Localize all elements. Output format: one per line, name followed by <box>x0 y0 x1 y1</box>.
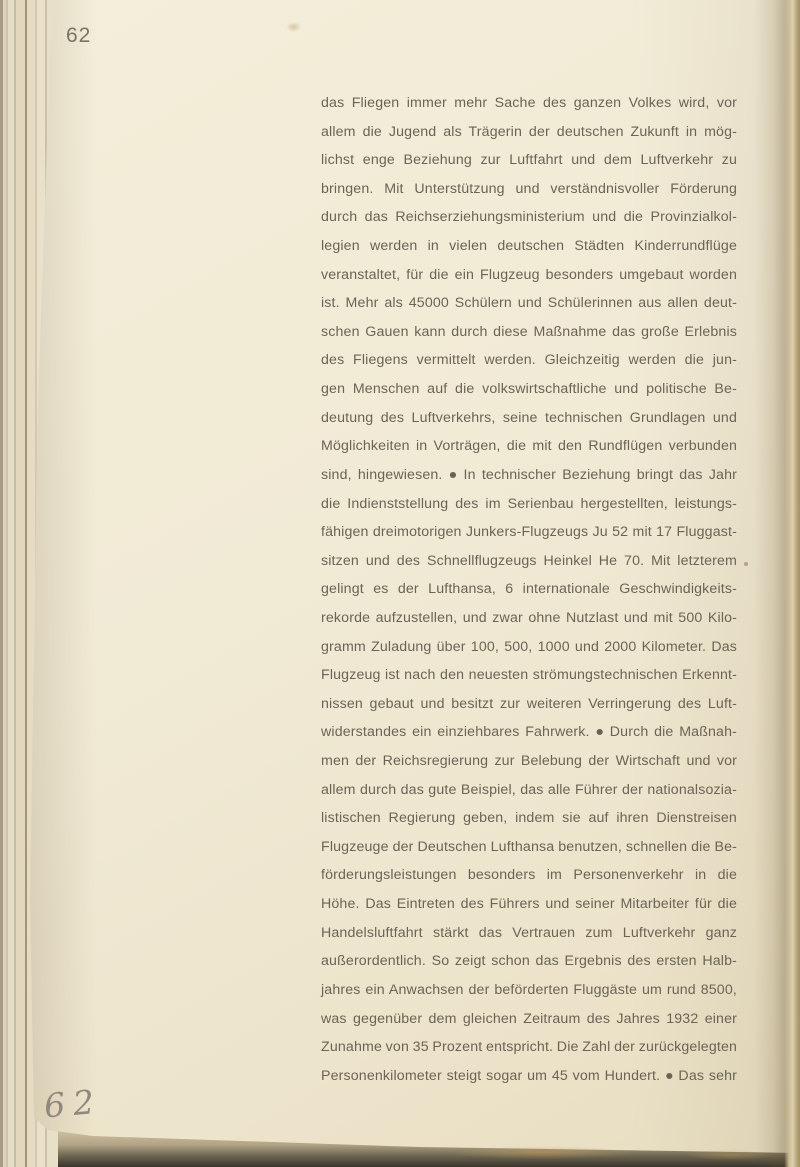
text-line: rekorde aufzustellen, und zwar ohne Nutz… <box>321 604 737 633</box>
text-line: das Fliegen immer mehr Sache des ganzen … <box>321 89 737 118</box>
text-line: Handelsluftfahrt stärkt das Vertrauen zu… <box>321 919 737 948</box>
gutter-shadow <box>754 0 800 1167</box>
text-line: sitzen und des Schnellflugzeugs Heinkel … <box>321 547 737 576</box>
text-line: gen Menschen auf die volkswirtschaftlich… <box>321 375 737 404</box>
text-line: schen Gauen kann durch diese Maßnahme da… <box>321 318 737 347</box>
text-line: Flugzeuge der Deutschen Lufthansa benutz… <box>321 833 737 862</box>
text-line: Höhe. Das Eintreten des Führers und sein… <box>321 890 737 919</box>
text-line: legien werden in vielen deutschen Städte… <box>321 232 737 261</box>
text-line: men der Reichsregierung zur Belebung der… <box>321 747 737 776</box>
text-line: Flugzeug ist nach den neuesten strömungs… <box>321 661 737 690</box>
text-line: förderungsleistungen besonders im Person… <box>321 861 737 890</box>
pencil-annotation: 62 <box>42 1082 103 1126</box>
text-line: Personenkilometer steigt sogar um 45 vom… <box>321 1062 737 1091</box>
text-line: gelingt es der Lufthansa, 6 internationa… <box>321 575 737 604</box>
text-line: sind, hingewiesen. ● In technischer Bezi… <box>321 461 737 490</box>
text-line: allem durch das gute Beispiel, das alle … <box>321 776 737 805</box>
text-line: allem die Jugend als Trägerin der deutsc… <box>321 118 737 147</box>
text-line: jahres ein Anwachsen der beförderten Flu… <box>321 976 737 1005</box>
book-page: 62 das Fliegen immer mehr Sache des ganz… <box>0 0 800 1167</box>
book-scan: 62 das Fliegen immer mehr Sache des ganz… <box>0 0 800 1167</box>
text-line: Zunahme von 35 Prozent entspricht. Die Z… <box>321 1033 737 1062</box>
text-line: die Indienststellung des im Serienbau he… <box>321 490 737 519</box>
paper-stain <box>286 22 301 32</box>
text-line: durch das Reichserziehungsministerium un… <box>321 203 737 232</box>
text-line: lichst enge Beziehung zur Luftfahrt und … <box>321 146 737 175</box>
text-line: was gegenüber dem gleichen Zeitraum des … <box>321 1005 737 1034</box>
text-line: fähigen dreimotorigen Junkers-Flugzeugs … <box>321 518 737 547</box>
text-line: widerstandes ein einziehbares Fahrwerk. … <box>321 718 737 747</box>
text-line: außerordentlich. So zeigt schon das Erge… <box>321 947 737 976</box>
page-number: 62 <box>66 24 91 48</box>
text-line: listischen Regierung geben, indem sie au… <box>321 804 737 833</box>
text-line: gramm Zuladung über 100, 500, 1000 und 2… <box>321 633 737 662</box>
text-line: ist. Mehr als 45000 Schülern und Schüler… <box>321 289 737 318</box>
text-line: deutung des Luftverkehrs, seine technisc… <box>321 404 737 433</box>
text-line: Möglichkeiten in Vorträgen, die mit den … <box>321 432 737 461</box>
paper-speck <box>744 562 748 566</box>
text-line: des Fliegens vermittelt werden. Gleichze… <box>321 346 737 375</box>
body-text: das Fliegen immer mehr Sache des ganzen … <box>321 89 737 1090</box>
text-line: nissen gebaut und besitzt zur weiteren V… <box>321 690 737 719</box>
text-line: veranstaltet, für die ein Flugzeug beson… <box>321 261 737 290</box>
text-line: bringen. Mit Unterstützung und verständn… <box>321 175 737 204</box>
